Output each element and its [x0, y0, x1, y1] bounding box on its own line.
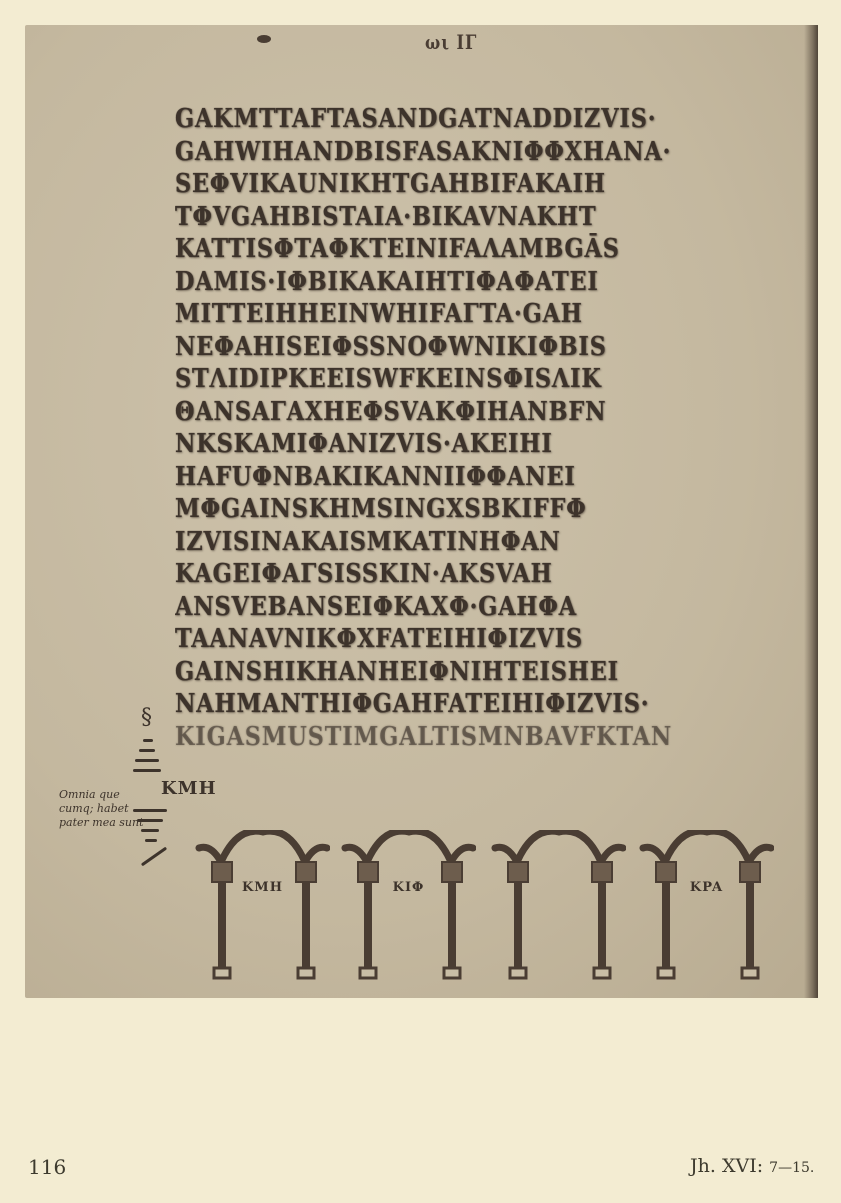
text-line: NAHMANTHIΦGAHFATEIHIΦIZVIS·: [175, 688, 674, 721]
section-symbol-icon: §: [141, 705, 152, 730]
text-line: NKSKAMIΦANIZVIS·AKEIHI: [175, 428, 674, 461]
arch-label: KMH: [195, 880, 330, 895]
text-line: MΦGAINSKHMSINGXSBKIFFΦ: [175, 493, 674, 526]
ink-blot: [257, 35, 271, 43]
chapter-reference: Jh. XVI: 7—15.: [690, 1155, 814, 1177]
text-line: MITTEIHHEINWHIFAΓTA·GAH: [175, 298, 674, 331]
arch: KIΦ: [341, 830, 476, 985]
text-line: GAHWIHANDBISFASAKNIΦΦXHANA·: [175, 136, 674, 169]
ornament-dash: [135, 759, 159, 762]
text-line: SEΦVIKAUNIKHTGAHBIFAKAIH: [175, 168, 674, 201]
arch-columns-icon: [491, 830, 626, 985]
text-line: TΦVGAHBISTAIA·BIKAVNAKHT: [175, 201, 674, 234]
text-line: GAINSHIKHANHEIΦNIHTEISHEI: [175, 656, 674, 689]
ornament-dash: [141, 829, 159, 832]
text-line-faded: KIGASMUSTIMGALTISMNBAVFKTAN: [175, 721, 674, 754]
chapter-number: XVI:: [722, 1155, 763, 1177]
canon-table-arcade: KMH KIΦ: [195, 830, 785, 990]
ornament-dash: [133, 769, 161, 772]
text-line: HAFUΦNBAKIKANNIIΦΦANEI: [175, 461, 674, 494]
gothic-text-block: GAKMTTAFTASANDGATNADDIZVIS· GAHWIHANDBIS…: [175, 103, 755, 753]
text-line: ANSVEBANSEIΦKAXΦ·GAHΦA: [175, 591, 674, 624]
ornament-dash: [133, 809, 167, 812]
text-line: TAANAVNIKΦXFATEIHIΦIZVIS: [175, 623, 674, 656]
arch-columns-icon: [195, 830, 330, 985]
arch: KPA: [639, 830, 774, 985]
ornament-dash: [143, 739, 153, 742]
arch-label: KPA: [639, 880, 774, 895]
arch: [491, 830, 626, 985]
canon-number: KMH: [161, 778, 217, 799]
text-line: KATTISΦTAΦKTEINIFAΛAMBGĀS: [175, 233, 674, 266]
text-line: KAGEIΦAΓSISSKIN·AKSVAH: [175, 558, 674, 591]
ornament-stroke: [141, 847, 167, 867]
arch-label: KIΦ: [341, 880, 476, 895]
text-line: STΛIDIPKEEISWFKEINSΦISΛIK: [175, 363, 674, 396]
text-line: ΘANSAΓAXHEΦSVAKΦIHANBFN: [175, 396, 674, 429]
plate-edge-shadow: [804, 25, 818, 998]
text-line: NEΦAHISEIΦSSNOΦWNIKIΦBIS: [175, 331, 674, 364]
arch-columns-icon: [341, 830, 476, 985]
text-line: DAMIS·IΦBIKAKAIHTIΦAΦATEI: [175, 266, 674, 299]
verse-range: 7—15.: [769, 1160, 814, 1176]
running-head: ωι ΙΓ: [425, 31, 477, 54]
ornament-dash: [145, 839, 157, 842]
manuscript-plate: ωι ΙΓ GAKMTTAFTASANDGATNADDIZVIS· GAHWIH…: [25, 25, 818, 998]
arch: KMH: [195, 830, 330, 985]
text-line: GAKMTTAFTASANDGATNADDIZVIS·: [175, 103, 674, 136]
arch-columns-icon: [639, 830, 774, 985]
text-line: IZVISINAKAISMKATINHΦAN: [175, 526, 674, 559]
ornament-dash: [137, 819, 163, 822]
book-abbrev: Jh.: [690, 1155, 716, 1177]
page-number: 116: [28, 1155, 66, 1179]
ornament-dash: [139, 749, 155, 752]
